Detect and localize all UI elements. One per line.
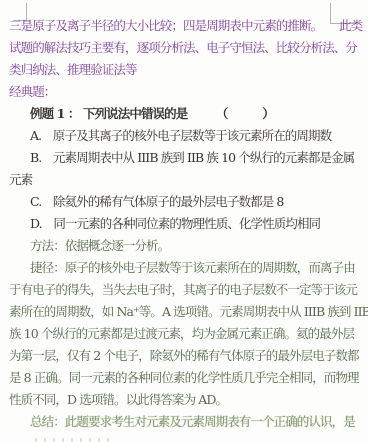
example-title: 例题 1 ： 下列说法中错误的是 （ ） — [9, 103, 361, 125]
page-background: 三是原子及离子半径的大小比较；四是周期表中元素的推断。 此类 试题的解法技巧主要… — [0, 0, 368, 442]
document-page: { "colors": { "purple": "#7c38a6", "ink"… — [0, 0, 368, 442]
option-d: D. 同一元素的各种同位素的物理性质、化学性质均相同 — [9, 213, 361, 235]
section-heading: 经典题： — [9, 81, 361, 103]
option-b-wrap: 元素 — [9, 169, 361, 191]
intro-paragraph-line: 三是原子及离子半径的大小比较；四是周期表中元素的推断。 此类 — [9, 15, 361, 37]
summary-line: 总结：此题要求考生对元素及元素周期表有一个正确的认识，是 — [9, 411, 361, 433]
solution-line: 为第一层，仅有 2 个电子，除氦外的稀有气体原子的最外层电子数都 — [9, 345, 361, 367]
option-b: B. 元素周期表中从 IIIB 族到 IIB 族 10 个纵行的元素都是金属 — [9, 147, 361, 169]
solution-line: 是 8 正确。同一元素的各种同位素的化学性质几乎完全相同，而物理 — [9, 367, 361, 389]
intro-paragraph-line: 试题的解法技巧主要有，逐项分析法、电子守恒法、比较分析法、分 — [9, 37, 361, 59]
method-line: 方法：依据概念逐一分析。 — [9, 235, 361, 257]
solution-line: 族 10 个纵行的元素都是过渡元素，均为金属元素正确。氦的最外层 — [9, 323, 361, 345]
intro-paragraph-line: 类归纳法、推理验证法等 — [9, 59, 361, 81]
solution-line: 于有电子的得失，当失去电子时，其离子的电子层数不一定等于该元 — [9, 279, 361, 301]
option-a: A. 原子及其离子的核外电子层数等于该元素所在的周期数 — [9, 125, 361, 147]
option-c: C. 除氦外的稀有气体原子的最外层电子数都是 8 — [9, 191, 361, 213]
clipped-text-remnant — [35, 438, 113, 442]
solution-line: 素所在的周期数，如 Na⁺等。A 选项错。元素周期表中从 IIIB 族到 IIB — [9, 301, 361, 323]
solution-line: 捷径：原子的核外电子层数等于该元素所在的周期数，而离子由 — [9, 257, 361, 279]
document-text-block: 三是原子及离子半径的大小比较；四是周期表中元素的推断。 此类 试题的解法技巧主要… — [9, 0, 361, 433]
solution-line: 性质不同，D 选项错。以此得答案为 AD。 — [9, 389, 361, 411]
